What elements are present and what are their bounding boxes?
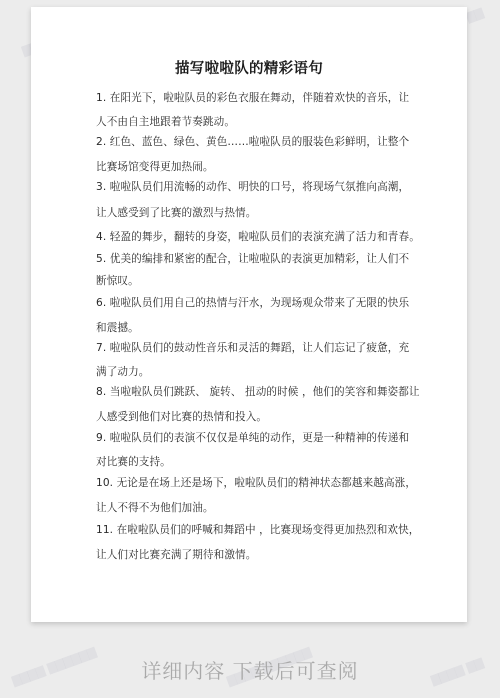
- text-line: 让人们对比赛充满了期待和激情。: [96, 547, 256, 562]
- text-line: 2. 红色、蓝色、绿色、黄色……啦啦队员的服装色彩鲜明，让整个: [96, 134, 409, 149]
- text-line: 人感受到他们对比赛的热情和投入。: [96, 409, 267, 424]
- text-line: 11. 在啦啦队员们的呼喊和舞蹈中 ，比赛现场变得更加热烈和欢快，: [96, 522, 420, 537]
- text-line: 4. 轻盈的舞步，翻转的身姿，啦啦队员们的表演充满了活力和青春。: [96, 229, 420, 244]
- download-prompt: 详细内容 下载后可查阅: [0, 655, 500, 684]
- text-line: 人不由自主地跟着节奏跳动。: [96, 114, 235, 129]
- text-line: 9. 啦啦队员们的表演不仅仅是单纯的动作，更是一种精神的传递和: [96, 430, 409, 445]
- text-line: 10. 无论是在场上还是场下，啦啦队员们的精神状态都越来越高涨，: [96, 475, 416, 490]
- text-line: 8. 当啦啦队员们跳跃、 旋转、 扭动的时候 ，他们的笑容和舞姿都让: [96, 384, 420, 399]
- text-line: 对比赛的支持。: [96, 454, 171, 469]
- text-line: 让人感受到了比赛的激烈与热情。: [96, 205, 256, 220]
- document-page: 描写啦啦队的精彩语句 1. 在阳光下，啦啦队员的彩色衣服在舞动，伴随着欢快的音乐…: [31, 7, 467, 622]
- text-line: 断惊叹。: [96, 273, 139, 288]
- document-title: 描写啦啦队的精彩语句: [31, 57, 467, 78]
- text-line: 满了动力。: [96, 364, 149, 379]
- text-line: 比赛场馆变得更加热闹。: [96, 159, 214, 174]
- text-line: 3. 啦啦队员们用流畅的动作、明快的口号，将现场气氛推向高潮，: [96, 179, 409, 194]
- text-line: 让人不得不为他们加油。: [96, 500, 214, 515]
- text-line: 1. 在阳光下，啦啦队员的彩色衣服在舞动，伴随着欢快的音乐，让: [96, 90, 409, 105]
- text-line: 6. 啦啦队员们用自己的热情与汗水，为现场观众带来了无限的快乐: [96, 295, 409, 310]
- text-line: 7. 啦啦队员们的鼓动性音乐和灵活的舞蹈，让人们忘记了疲惫，充: [96, 340, 409, 355]
- text-line: 5. 优美的编排和紧密的配合，让啦啦队的表演更加精彩，让人们不: [96, 251, 409, 266]
- text-line: 和震撼。: [96, 320, 139, 335]
